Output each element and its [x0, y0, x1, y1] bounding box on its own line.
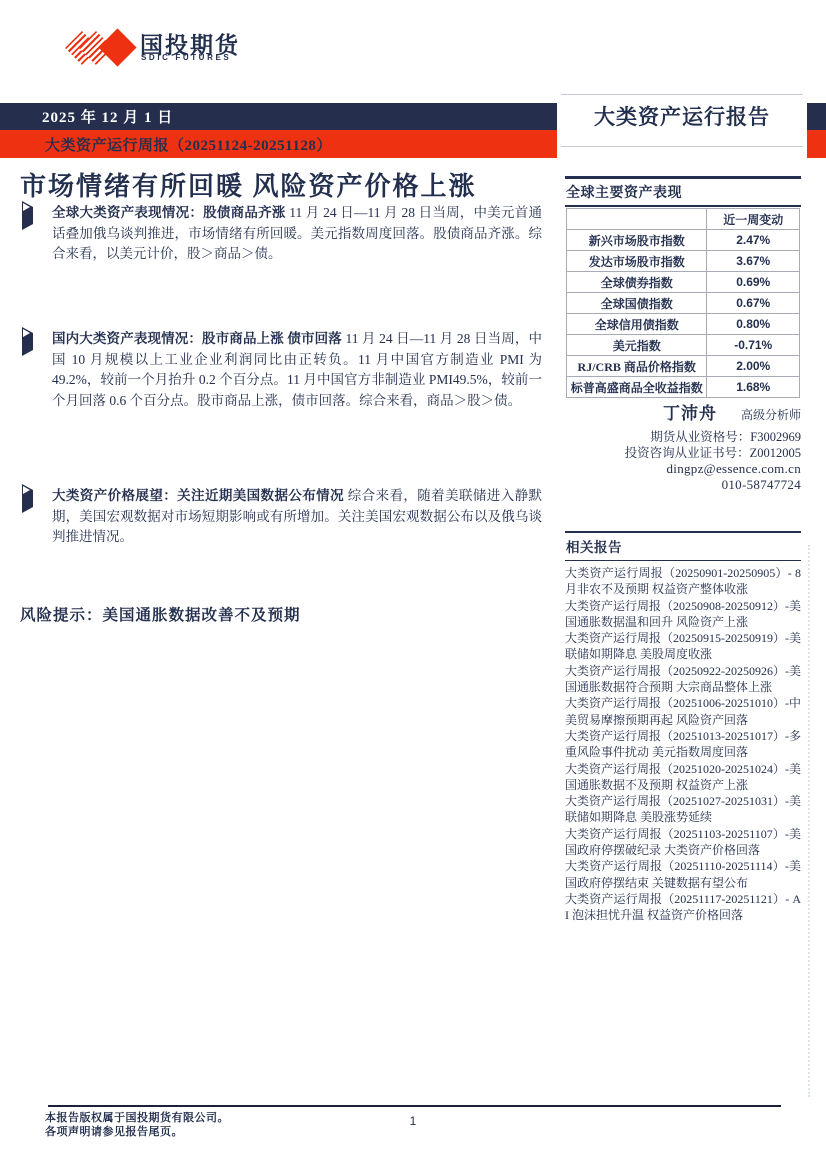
bullet-arrow-icon	[22, 203, 52, 265]
asset-weekly-change: 2.00%	[707, 356, 800, 377]
asset-table-row: 发达市场股市指数3.67%	[567, 251, 800, 272]
asset-name-header	[567, 209, 707, 230]
asset-name: 全球国债指数	[567, 293, 707, 314]
bullet-domestic-assets: 国内大类资产表现情况：股市商品上涨 债市回落 11 月 24 日—11 月 28…	[22, 329, 542, 411]
bullet-arrow-icon	[22, 486, 52, 548]
asset-name: 全球信用债指数	[567, 314, 707, 335]
asset-weekly-change: 0.80%	[707, 314, 800, 335]
bullet-global-assets: 全球大类资产表现情况：股债商品齐涨 11 月 24 日—11 月 28 日当周，…	[22, 203, 542, 265]
asset-weekly-change: 2.47%	[707, 230, 800, 251]
bullet-text: 国内大类资产表现情况：股市商品上涨 债市回落 11 月 24 日—11 月 28…	[52, 329, 542, 411]
risk-warning: 风险提示：美国通胀数据改善不及预期	[20, 603, 301, 625]
report-link[interactable]: 大类资产运行周报（20250908-20250912）-美国通胀数据温和回升 风…	[565, 598, 801, 631]
report-link[interactable]: 大类资产运行周报（20250922-20250926）-美国通胀数据符合预期 大…	[565, 663, 801, 696]
asset-performance-table: 近一周变动 新兴市场股市指数2.47%发达市场股市指数3.67%全球债券指数0.…	[566, 208, 800, 398]
asset-performance-section: 全球主要资产表现 近一周变动 新兴市场股市指数2.47%发达市场股市指数3.67…	[565, 176, 801, 398]
asset-table-row: RJ/CRB 商品价格指数2.00%	[567, 356, 800, 377]
asset-weekly-change: -0.71%	[707, 335, 800, 356]
asset-table-row: 全球信用债指数0.80%	[567, 314, 800, 335]
asset-weekly-change: 1.68%	[707, 377, 800, 398]
analyst-job-title: 高级分析师	[741, 406, 801, 423]
asset-table-body: 近一周变动 新兴市场股市指数2.47%发达市场股市指数3.67%全球债券指数0.…	[567, 209, 800, 398]
report-link[interactable]: 大类资产运行周报（20251117-20251121）- AI 泡沫担忧升温 权…	[565, 891, 801, 924]
bullet-outlook: 大类资产价格展望：关注近期美国数据公布情况 综合来看，随着美联储进入静默期，美国…	[22, 486, 542, 548]
bullet-text: 大类资产价格展望：关注近期美国数据公布情况 综合来看，随着美联储进入静默期，美国…	[52, 486, 542, 548]
brand-name-en: SDIC FUTURES	[141, 53, 231, 62]
page-number: 1	[0, 1114, 826, 1128]
analyst-phone: 010-58747724	[565, 477, 801, 493]
related-reports-section: 相关报告 大类资产运行周报（20250901-20250905）- 8 月非农不…	[565, 531, 801, 924]
header-rule-top	[561, 94, 803, 95]
report-link[interactable]: 大类资产运行周报（20251103-20251107）-美国政府停摆破纪录 大类…	[565, 826, 801, 859]
bullet-text: 全球大类资产表现情况：股债商品齐涨 11 月 24 日—11 月 28 日当周，…	[52, 203, 542, 265]
asset-table-row: 标普高盛商品全收益指数1.68%	[567, 377, 800, 398]
asset-weekly-change: 3.67%	[707, 251, 800, 272]
asset-table-row: 美元指数-0.71%	[567, 335, 800, 356]
report-link[interactable]: 大类资产运行周报（20250901-20250905）- 8 月非农不及预期 权…	[565, 565, 801, 598]
asset-weekly-change: 0.69%	[707, 272, 800, 293]
asset-table-row: 全球债券指数0.69%	[567, 272, 800, 293]
asset-name: 新兴市场股市指数	[567, 230, 707, 251]
analyst-block: 丁沛舟 高级分析师 期货从业资格号：F3002969 投资咨询从业证书号：Z00…	[565, 399, 801, 492]
report-link[interactable]: 大类资产运行周报（20251020-20251024）-美国通胀数据不及预期 权…	[565, 761, 801, 794]
asset-name: 标普高盛商品全收益指数	[567, 377, 707, 398]
analyst-cert-advisory: 投资咨询从业证书号：Z0012005	[565, 446, 801, 462]
report-type-box: 大类资产运行报告	[557, 88, 807, 162]
asset-weekly-change: 0.67%	[707, 293, 800, 314]
sidebar-dotted-edge	[808, 545, 810, 1097]
asset-table-row: 全球国债指数0.67%	[567, 293, 800, 314]
related-reports-title: 相关报告	[565, 531, 801, 561]
bullet-lead: 国内大类资产表现情况：股市商品上涨 债市回落	[52, 331, 342, 346]
analyst-email[interactable]: dingpz@essence.com.cn	[565, 461, 801, 477]
report-link[interactable]: 大类资产运行周报（20250915-20250919）-美联储如期降息 美股周度…	[565, 630, 801, 663]
report-type-title: 大类资产运行报告	[557, 101, 807, 131]
related-reports-list: 大类资产运行周报（20250901-20250905）- 8 月非农不及预期 权…	[565, 561, 801, 924]
asset-performance-title: 全球主要资产表现	[565, 176, 801, 207]
asset-name: 发达市场股市指数	[567, 251, 707, 272]
sdic-logo-icon	[68, 30, 134, 66]
report-link[interactable]: 大类资产运行周报（20251013-20251017）-多重风险事件扰动 美元指…	[565, 728, 801, 761]
bullet-arrow-icon	[22, 329, 52, 411]
bullet-lead: 全球大类资产表现情况：股债商品齐涨	[52, 205, 286, 220]
asset-name: 美元指数	[567, 335, 707, 356]
asset-name: RJ/CRB 商品价格指数	[567, 356, 707, 377]
bullet-lead: 大类资产价格展望：关注近期美国数据公布情况	[52, 488, 344, 503]
asset-name: 全球债券指数	[567, 272, 707, 293]
asset-table-row: 新兴市场股市指数2.47%	[567, 230, 800, 251]
asset-table-header-row: 近一周变动	[567, 209, 800, 230]
analyst-name: 丁沛舟	[663, 399, 717, 424]
report-link[interactable]: 大类资产运行周报（20251006-20251010）-中美贸易摩擦预期再起 风…	[565, 695, 801, 728]
header-rule-bottom	[561, 146, 803, 147]
footer-rule	[48, 1105, 781, 1107]
report-link[interactable]: 大类资产运行周报（20251110-20251114）-美国政府停摆结束 关键数…	[565, 858, 801, 891]
week-report-title: 大类资产运行周报（20251124-20251128）	[45, 134, 332, 155]
weekly-change-header: 近一周变动	[707, 209, 800, 230]
report-date: 2025 年 12 月 1 日	[42, 106, 173, 127]
page-title: 市场情绪有所回暖 风险资产价格上涨	[20, 166, 550, 203]
report-link[interactable]: 大类资产运行周报（20251027-20251031）-美联储如期降息 美股涨势…	[565, 793, 801, 826]
analyst-cert-futures: 期货从业资格号：F3002969	[565, 430, 801, 446]
